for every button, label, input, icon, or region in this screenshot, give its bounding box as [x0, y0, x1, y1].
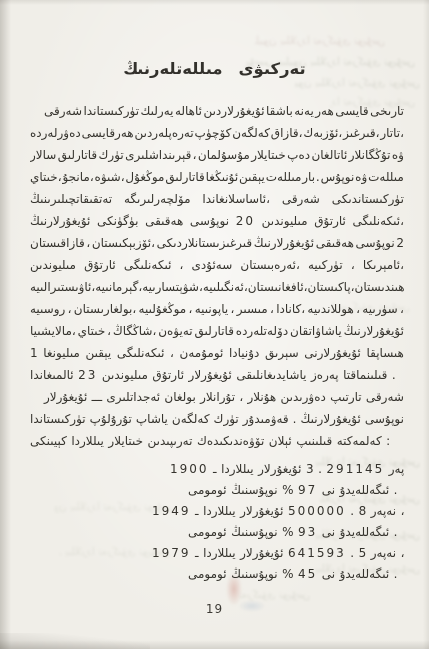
- word: 2: [396, 236, 404, 250]
- text-line: ئومومىنوپۇسنىڭ%97نىئىگەللەيدۇ.: [30, 479, 404, 500]
- text-line: مىليوندىنئارتۇقئىكەنلىگى،سەئۇدىئەرەبىستا…: [30, 254, 404, 276]
- text-line: قازاقىستان،ئۆزبېكىستان،قىرغىزىستانلاردىك…: [30, 232, 404, 254]
- word: دۇنيادا: [229, 346, 259, 360]
- word: بۈگۈنكى: [97, 214, 138, 228]
- word: ـ: [195, 546, 199, 560]
- word: شىۋە،: [95, 170, 125, 184]
- word: ،: [270, 302, 274, 316]
- word: 3: [306, 462, 314, 476]
- word: تەتقىقاتچىلىرىنىڭ: [30, 192, 112, 206]
- word: .: [350, 546, 354, 560]
- word: مىليوندىن: [262, 214, 308, 228]
- word: ئۇيغۇرلار: [189, 368, 232, 382]
- word: ئامېرىكا،: [363, 258, 404, 272]
- word: مۇسۇلمان: [198, 148, 250, 162]
- word: تۈركىستاندا: [83, 104, 139, 118]
- word: تاتار،: [380, 126, 404, 140]
- word: تۇرانلار: [200, 390, 235, 404]
- word: .: [318, 462, 322, 476]
- word: خىتاي،: [30, 170, 62, 184]
- word: 8: [359, 504, 367, 518]
- word: ئىگەللەيدۇ: [340, 567, 390, 581]
- word: 97: [298, 483, 317, 497]
- word: قايسى: [335, 104, 368, 118]
- word: شۋېتسارىيە: [142, 280, 199, 294]
- word: ،: [401, 504, 404, 518]
- word: .: [394, 567, 398, 581]
- word: ـ: [195, 504, 199, 518]
- word: تۇڭگانلار: [349, 148, 391, 162]
- word: 1900: [170, 462, 209, 476]
- bleedthrough-text: ئۇيغۇرلار نوپۇسى مىليون يىللاردا تەركىۋى…: [240, 588, 310, 602]
- word: بولغان: [164, 390, 195, 404]
- word: ئاتالغان: [311, 148, 347, 162]
- word: ياشايدىغانلىقى: [236, 368, 306, 382]
- word: بار: [302, 170, 315, 184]
- word: قەۋمىدۇر: [243, 412, 289, 426]
- word: تەرىپىدىن: [148, 434, 193, 448]
- word: يەرلىك: [141, 104, 174, 118]
- word: 500000: [288, 504, 346, 518]
- text-line: تەتقىقاتچىلىرىنىڭمۆلچەرلىرىگەئاساسلانغان…: [30, 188, 404, 210]
- word: 1: [30, 346, 38, 360]
- word: ھۇنلار: [247, 390, 276, 404]
- word: 45: [298, 567, 317, 581]
- word: يىللاردا: [203, 504, 236, 518]
- scan-edge: [423, 0, 429, 649]
- word: ئەجداتلىرى: [106, 390, 160, 404]
- text-line: كېيىنكىيىللارداخىتايلارتەرىپىدىنتۆۋەندىك…: [30, 430, 404, 452]
- word: مۆلچەرلىرىگە: [124, 192, 191, 206]
- word: ـــ: [92, 390, 103, 404]
- text-line: تۈركىستانداتۇرۇلۇپياشاپكەلگەنتۈركقەۋمىدۇ…: [30, 408, 404, 430]
- word: ،: [68, 302, 72, 316]
- word: خىتاي: [78, 324, 106, 338]
- word: تەرەپلەردىن: [134, 126, 193, 140]
- bleedthrough-text: ئۇيغۇرلار نوپۇسى مىليون يىللاردا تەركىۋى…: [255, 34, 385, 48]
- word: قازاق،: [271, 126, 303, 140]
- word: ۋە: [392, 148, 404, 162]
- word: بولغارىستان،: [74, 302, 136, 316]
- word: 641593: [288, 546, 346, 560]
- word: قىلىنىپ: [296, 434, 332, 448]
- word: گېرمانىيە: [95, 280, 138, 294]
- word: كېيىنكى: [30, 434, 67, 448]
- word: دەۋرىدىن: [281, 390, 326, 404]
- word: نوپۇسى: [356, 236, 395, 250]
- word: .: [293, 412, 297, 426]
- word: دۆلەتلەردە: [236, 324, 288, 338]
- word: 1979: [152, 546, 191, 560]
- word: نوپۇسنىڭ: [231, 483, 278, 497]
- word: قىرغىزىستانلاردىكى: [157, 236, 252, 250]
- word: ئاساسلانغاندا،: [202, 192, 270, 206]
- word: مىسىر: [237, 302, 268, 316]
- word: ـ: [213, 462, 217, 476]
- scanned-book-page: ئۇيغۇرلار نوپۇسى مىليون يىللاردا تەركىۋى…: [0, 0, 429, 649]
- word: ئومومى: [188, 567, 227, 581]
- word: شاڭگاڭ،: [113, 324, 156, 338]
- word: ھەقىقى: [145, 214, 183, 228]
- word: مىللەت: [266, 170, 302, 184]
- text-line: خىتاي،مانجۇ،شىۋە،موڭغۇلقاتارلىقئۇنىڭغايې…: [30, 166, 404, 188]
- word: نوپۇسنىڭ: [231, 567, 278, 581]
- word: ياپونىيە: [195, 302, 229, 316]
- word: موڭغۇلىيە: [139, 302, 187, 316]
- word: ئىكەنلىگى،: [353, 214, 404, 228]
- word: 5: [359, 546, 367, 560]
- text-line: 1979ـيىللاردائۇيغۇرلار641593.5نەپەر،: [30, 542, 404, 563]
- word: %: [282, 525, 293, 539]
- word: ئۇيغۇرلاردىن: [203, 104, 264, 118]
- word: پاكىستان،: [308, 280, 355, 294]
- word: ،: [86, 236, 90, 250]
- word: ئىگەللەيدۇ: [340, 483, 390, 497]
- word: تۈرك: [99, 148, 124, 162]
- word: ئۆزبېكىستان،: [92, 236, 155, 250]
- word: ھىندىستان،: [355, 280, 404, 294]
- word: ،: [193, 148, 197, 162]
- word: .: [392, 368, 396, 382]
- word: ،: [107, 324, 111, 338]
- text-line: ئومومىنوپۇسنىڭ%45نىئىگەللەيدۇ.: [30, 563, 404, 584]
- text-line: 1مىليونغايېقىنئىكەنلىگى،ئومۇمەندۇنياداسې…: [30, 342, 404, 364]
- word: ھوللاندىيە: [307, 302, 353, 316]
- word: 291145: [326, 462, 384, 476]
- text-line: 1949ـيىللاردائۇيغۇرلار500000.8نەپەر،: [30, 500, 404, 521]
- word: كەلمەكتە: [337, 434, 382, 448]
- word: قازاقىستان: [30, 236, 85, 250]
- word: ئۇيغۇرلارنى: [304, 346, 361, 360]
- word: نى: [322, 567, 335, 581]
- word: ئومۇمەن: [180, 346, 224, 360]
- word: قىلىنماقتا: [343, 368, 387, 382]
- word: :: [386, 434, 390, 448]
- word: ئۇيغۇرلارنىڭ: [30, 214, 90, 228]
- word: نوپۇسى: [365, 412, 404, 426]
- word: تۈركىيە: [308, 258, 343, 272]
- word: ئارتۇق: [152, 368, 184, 382]
- word: سېرىق: [265, 346, 299, 360]
- word: ھەقىقى: [316, 236, 354, 250]
- word: 93: [298, 525, 317, 539]
- word: ئۇيغۇرلار: [240, 504, 283, 518]
- word: مىليوندىن: [102, 368, 148, 382]
- word: تەيۋەن: [158, 324, 192, 338]
- word: خىتايلار: [108, 434, 143, 448]
- word: يەنە: [294, 104, 314, 118]
- word: تارتىپ: [330, 390, 362, 404]
- text-line: 1900ـيىللاردائۇيغۇرلار3.291145نەپەر،: [30, 458, 404, 479]
- word: %: [282, 483, 293, 497]
- word: نەپەر: [371, 546, 396, 560]
- page-curl-shadow: [0, 633, 150, 649]
- word: .: [394, 525, 398, 539]
- word: نوپۇسى: [190, 214, 229, 228]
- word: ئۆزبەك،: [303, 126, 342, 140]
- word: %: [282, 567, 293, 581]
- word: ئۇيغۇرلار: [240, 546, 283, 560]
- word: ئارتۇق: [314, 214, 346, 228]
- word: ئىكەنلىگى: [124, 258, 172, 272]
- word: يىللاردا: [221, 462, 254, 476]
- word: شەرقى: [44, 104, 82, 118]
- word: ئۇيغۇرلار: [258, 462, 301, 476]
- word: كەلگەن: [172, 412, 210, 426]
- word: ياشاۋاتقان: [290, 324, 342, 338]
- word: ئالمىغاندا: [30, 368, 74, 382]
- page-number: 19: [0, 602, 429, 616]
- word: ،: [401, 546, 404, 560]
- word: دەپ: [287, 148, 310, 162]
- word: يېقىن: [239, 170, 265, 184]
- word: .: [350, 504, 354, 518]
- word: نەپەر: [389, 462, 404, 476]
- word: ئۇيغۇرلار: [44, 390, 87, 404]
- word: قاتارلىق: [165, 170, 204, 184]
- word: نوپۇس: [321, 170, 355, 184]
- word: ،: [231, 302, 235, 316]
- word: ئۇنىڭغا: [206, 170, 239, 184]
- word: مىللەت: [368, 170, 404, 184]
- word: ،: [170, 346, 174, 360]
- text-line: ئومومىنوپۇسنىڭ%93نىئىگەللەيدۇ.: [30, 521, 404, 542]
- word: يېقىن: [85, 346, 111, 360]
- word: قاتارلىق: [58, 148, 97, 162]
- word: 20: [236, 214, 255, 228]
- word: سالار: [30, 148, 56, 162]
- word: سەئۇدى: [192, 258, 233, 272]
- word: ئېلان: [269, 434, 292, 448]
- word: كۆچۈپ: [195, 126, 232, 140]
- word: ئاۋىستىرالىيە: [30, 280, 91, 294]
- word: نەپەر: [371, 504, 396, 518]
- word: ئىگەللەيدۇ: [340, 525, 390, 539]
- word: ھەر: [315, 104, 334, 118]
- word: روسىيە: [30, 302, 65, 316]
- word: ئىكەنلىگى: [117, 346, 165, 360]
- word: ،: [239, 390, 243, 404]
- text-line: ئۇيغۇرلارنىڭبۈگۈنكىھەقىقىنوپۇسى20مىليوند…: [30, 210, 404, 232]
- word: خىتايلار: [251, 148, 286, 162]
- word: ۋە: [355, 170, 367, 184]
- word: شەرقى: [366, 390, 404, 404]
- word: تۈركىستاندا: [30, 412, 86, 426]
- word: قىرغىز،: [343, 126, 379, 140]
- text-line: شەرقىتۈركىستاندايەرلىكئاھالەئۇيغۇرلاردىن…: [30, 100, 404, 122]
- word: مىللەتلەرنىڭ: [123, 60, 222, 78]
- word: ،: [189, 302, 193, 316]
- word: كانادا،: [276, 302, 305, 316]
- word: ئومومى: [188, 525, 227, 539]
- word: ئۇيغۇرلارنىڭ: [254, 236, 314, 250]
- word: نى: [322, 483, 335, 497]
- word: ئۇيغۇرلارنىڭ: [300, 412, 360, 426]
- word: ،: [180, 258, 184, 272]
- word: مانجۇ،: [62, 170, 93, 184]
- page-title: مىللەتلەرنىڭتەركىۋى: [0, 56, 429, 82]
- word: مىليونغا: [43, 346, 80, 360]
- word: ياشاپ: [136, 412, 168, 426]
- word: ئەرەبىستان،: [240, 258, 300, 272]
- word: نى: [322, 525, 335, 539]
- word: تۈركىستاندىكى: [332, 192, 404, 206]
- word: ئاھالە: [175, 104, 202, 118]
- text-line: سالارقاتارلىقتۈركقېرىنداشلىرى،مۇسۇلمانخى…: [30, 144, 404, 166]
- scan-edge: [0, 0, 429, 5]
- word: كەلگەن: [232, 126, 270, 140]
- scan-edge: [0, 0, 11, 649]
- word: 23: [78, 368, 97, 382]
- word: باشقا: [266, 104, 293, 118]
- text-line: ئالمىغاندا23مىليوندىنئارتۇقئۇيغۇرلارياشا…: [30, 364, 404, 386]
- word: موڭغۇل: [125, 170, 164, 184]
- word: 1949: [152, 504, 191, 518]
- word: ھىساپقا: [366, 346, 403, 360]
- word: ئافغانىستان،: [248, 280, 308, 294]
- word: تەركىۋى: [238, 60, 305, 78]
- word: .: [394, 483, 398, 497]
- word: تۆۋەندىكىدەك: [197, 434, 264, 448]
- word: مىليوندىن: [30, 258, 76, 272]
- word: .: [316, 170, 320, 184]
- word: سۈرىيە: [362, 302, 397, 316]
- text-line: مالايشىيا،خىتاي،شاڭگاڭ،تەيۋەنقاتارلىقدۆل…: [30, 320, 404, 342]
- word: مالايشىيا،: [30, 324, 76, 338]
- word: شەرقى: [282, 192, 320, 206]
- word: قېرىنداشلىرى: [125, 148, 191, 162]
- word: پەرەز: [311, 368, 339, 382]
- word: ،: [351, 258, 355, 272]
- text-line: ئۇيغۇرلارـــئەجداتلىرىبولغانتۇرانلار،ھۇن…: [30, 386, 404, 408]
- word: قاتارلىق: [194, 324, 233, 338]
- word: ،: [356, 302, 360, 316]
- word: يىللاردا: [71, 434, 104, 448]
- word: يىللاردا: [203, 546, 236, 560]
- text-line: روسىيە،بولغارىستان،موڭغۇلىيە،ياپونىيە،مى…: [30, 298, 404, 320]
- word: دەۋرلەردە: [30, 126, 81, 140]
- body-text: شەرقىتۈركىستاندايەرلىكئاھالەئۇيغۇرلاردىن…: [30, 100, 404, 584]
- word: نوپۇسنىڭ: [231, 525, 278, 539]
- word: ئۇيغۇرلارنىڭ: [344, 324, 404, 338]
- word: ئومومى: [188, 483, 227, 497]
- word: ھەرقايسى: [82, 126, 134, 140]
- word: ئەنگىلىيە: [203, 280, 244, 294]
- word: تۈرك: [214, 412, 239, 426]
- word: تارىخى: [370, 104, 404, 118]
- word: تۇرۇلۇپ: [90, 412, 132, 426]
- text-line: ئاۋىستىرالىيە،گېرمانىيە،شۋېتسارىيە،ئەنگى…: [30, 276, 404, 298]
- word: ئارتۇق: [84, 258, 116, 272]
- text-line: دەۋرلەردەھەرقايسىتەرەپلەردىنكۆچۈپكەلگەنق…: [30, 122, 404, 144]
- word: ،: [400, 302, 404, 316]
